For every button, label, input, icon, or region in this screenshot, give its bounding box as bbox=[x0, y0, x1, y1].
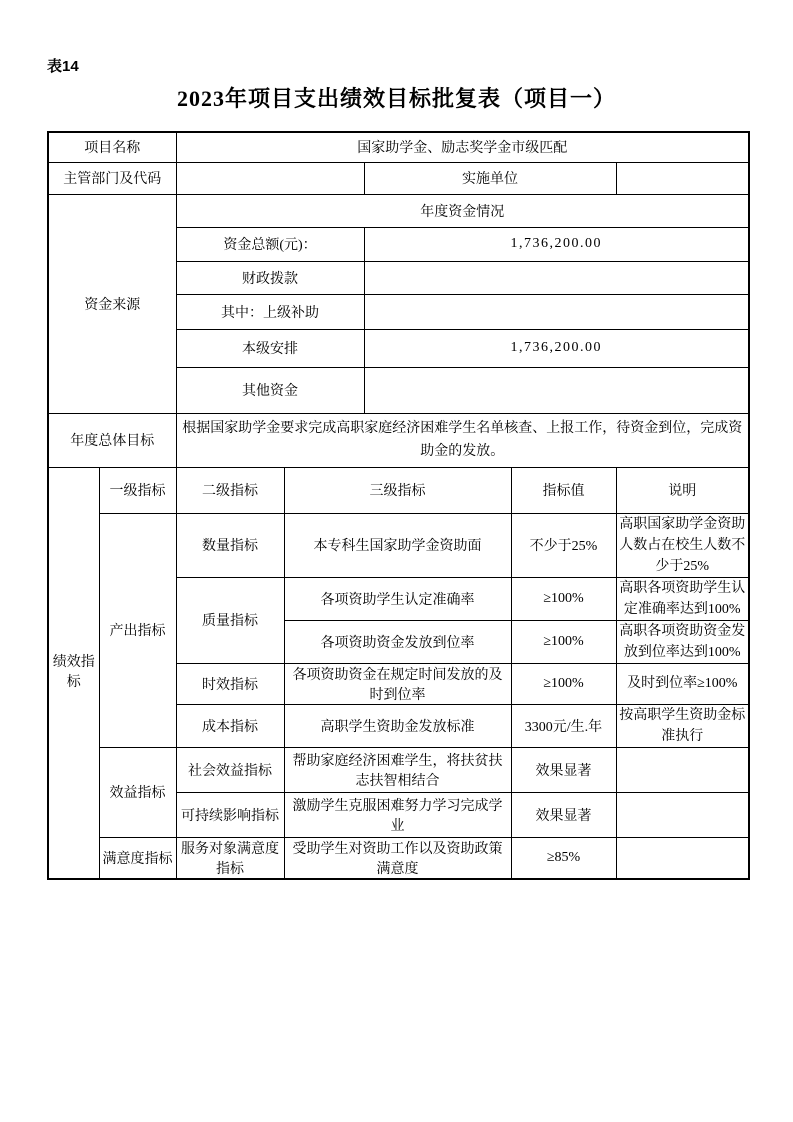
header-level2: 二级指标 bbox=[176, 467, 284, 513]
header-note: 说明 bbox=[616, 467, 749, 513]
annual-goal-text: 根据国家助学金要求完成高职家庭经济困难学生名单核查、上报工作，待资金到位，完成资… bbox=[176, 413, 749, 467]
level3-indicator: 各项资助学生认定准确率 bbox=[284, 577, 511, 620]
indicator-note: 高职各项资助学生认定准确率达到100% bbox=[616, 577, 749, 620]
indicator-value: ≥100% bbox=[511, 620, 616, 663]
row-indicator-header: 绩效指标 一级指标 二级指标 三级指标 指标值 说明 bbox=[48, 467, 749, 513]
indicator-row: 效益指标 社会效益指标 帮助家庭经济困难学生，将扶贫扶志扶智相结合 效果显著 bbox=[48, 747, 749, 792]
funding-fiscal-value bbox=[364, 261, 749, 294]
funding-local-value: 1,736,200.00 bbox=[364, 329, 749, 367]
indicator-note bbox=[616, 837, 749, 879]
header-level1: 一级指标 bbox=[99, 467, 176, 513]
funding-upper-subsidy-label: 其中：上级补助 bbox=[176, 294, 364, 329]
level2-social-benefit: 社会效益指标 bbox=[176, 747, 284, 792]
annual-funding-header: 年度资金情况 bbox=[176, 194, 749, 227]
funding-fiscal-label: 财政拨款 bbox=[176, 261, 364, 294]
level2-service-satisfaction: 服务对象满意度指标 bbox=[176, 837, 284, 879]
indicator-note: 高职国家助学金资助人数占在校生人数不少于25% bbox=[616, 513, 749, 577]
dept-code-label: 主管部门及代码 bbox=[48, 162, 176, 194]
level2-quantity: 数量指标 bbox=[176, 513, 284, 577]
indicator-note: 高职各项资助资金发放到位率达到100% bbox=[616, 620, 749, 663]
dept-code-value-cell bbox=[176, 162, 364, 194]
row-annual-funding-header: 资金来源 年度资金情况 bbox=[48, 194, 749, 227]
funding-source-label: 资金来源 bbox=[48, 194, 176, 413]
row-project-name: 项目名称 国家助学金、励志奖学金市级匹配 bbox=[48, 132, 749, 162]
annual-goal-label: 年度总体目标 bbox=[48, 413, 176, 467]
level2-timeliness: 时效指标 bbox=[176, 663, 284, 704]
impl-unit-label: 实施单位 bbox=[364, 162, 616, 194]
document-page: 表14 2023年项目支出绩效目标批复表（项目一） 项目名称 国家助学金、励志奖… bbox=[0, 0, 793, 1122]
project-name-value: 国家助学金、励志奖学金市级匹配 bbox=[176, 132, 749, 162]
level3-indicator: 各项资助资金在规定时间发放的及时到位率 bbox=[284, 663, 511, 704]
funding-other-label: 其他资金 bbox=[176, 367, 364, 413]
level3-indicator: 高职学生资助金发放标准 bbox=[284, 704, 511, 747]
indicator-value: ≥85% bbox=[511, 837, 616, 879]
indicator-value: ≥100% bbox=[511, 577, 616, 620]
funding-total-value: 1,736,200.00 bbox=[364, 227, 749, 261]
funding-local-label: 本级安排 bbox=[176, 329, 364, 367]
indicator-value: 效果显著 bbox=[511, 792, 616, 837]
indicator-note: 及时到位率≥100% bbox=[616, 663, 749, 704]
performance-target-table: 项目名称 国家助学金、励志奖学金市级匹配 主管部门及代码 实施单位 资金来源 年… bbox=[47, 131, 750, 880]
indicator-row: 满意度指标 服务对象满意度指标 受助学生对资助工作以及资助政策满意度 ≥85% bbox=[48, 837, 749, 879]
level3-indicator: 受助学生对资助工作以及资助政策满意度 bbox=[284, 837, 511, 879]
indicator-value: ≥100% bbox=[511, 663, 616, 704]
level3-indicator: 各项资助资金发放到位率 bbox=[284, 620, 511, 663]
level2-cost: 成本指标 bbox=[176, 704, 284, 747]
project-name-label: 项目名称 bbox=[48, 132, 176, 162]
funding-upper-subsidy-value bbox=[364, 294, 749, 329]
indicator-row: 产出指标 数量指标 本专科生国家助学金资助面 不少于25% 高职国家助学金资助人… bbox=[48, 513, 749, 577]
table-number-label: 表14 bbox=[47, 55, 79, 76]
document-title: 2023年项目支出绩效目标批复表（项目一） bbox=[0, 82, 793, 113]
indicator-value: 3300元/生.年 bbox=[511, 704, 616, 747]
level2-sustainability: 可持续影响指标 bbox=[176, 792, 284, 837]
row-annual-goal: 年度总体目标 根据国家助学金要求完成高职家庭经济困难学生名单核查、上报工作，待资… bbox=[48, 413, 749, 467]
indicator-note: 按高职学生资助金标准执行 bbox=[616, 704, 749, 747]
level1-output: 产出指标 bbox=[99, 513, 176, 747]
impl-unit-value-cell bbox=[616, 162, 749, 194]
indicator-note bbox=[616, 747, 749, 792]
indicator-value: 效果显著 bbox=[511, 747, 616, 792]
level3-indicator: 帮助家庭经济困难学生，将扶贫扶志扶智相结合 bbox=[284, 747, 511, 792]
level1-benefit: 效益指标 bbox=[99, 747, 176, 837]
funding-total-label: 资金总额(元)： bbox=[176, 227, 364, 261]
funding-other-value bbox=[364, 367, 749, 413]
performance-indicator-side-label: 绩效指标 bbox=[48, 467, 99, 879]
row-dept-unit: 主管部门及代码 实施单位 bbox=[48, 162, 749, 194]
header-value: 指标值 bbox=[511, 467, 616, 513]
level3-indicator: 激励学生克服困难努力学习完成学业 bbox=[284, 792, 511, 837]
header-level3: 三级指标 bbox=[284, 467, 511, 513]
indicator-value: 不少于25% bbox=[511, 513, 616, 577]
indicator-note bbox=[616, 792, 749, 837]
level2-quality: 质量指标 bbox=[176, 577, 284, 663]
level1-satisfaction: 满意度指标 bbox=[99, 837, 176, 879]
level3-indicator: 本专科生国家助学金资助面 bbox=[284, 513, 511, 577]
